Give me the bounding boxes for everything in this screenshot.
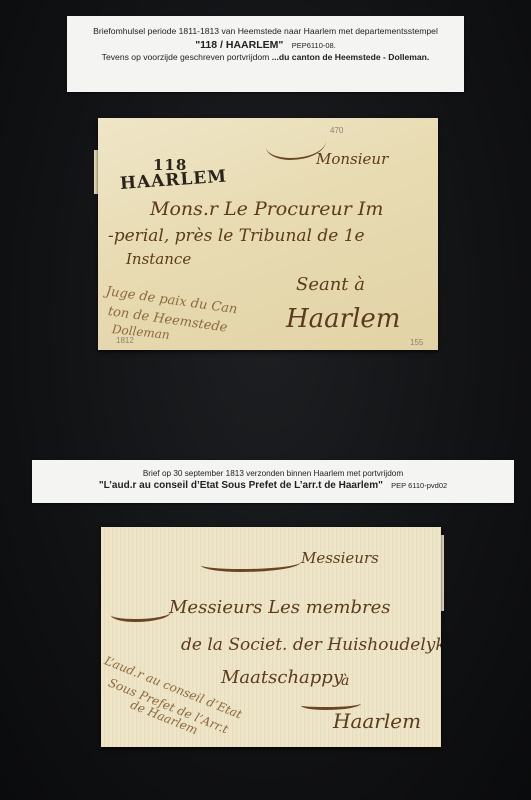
envelope-2: Messieurs Messieurs Les membres de la So… (101, 527, 441, 747)
address-line-3: -perial, près le Tribunal de 1e (108, 226, 365, 246)
caption-1-line-3-bold: ...du canton de Heemstede - Dolleman. (272, 52, 430, 62)
postmark-city: HAARLEM (119, 169, 227, 193)
pencil-note-bottom-right: 155 (410, 338, 423, 347)
address-city: Haarlem (286, 304, 400, 334)
caption-2-line-1: Brief op 30 september 1813 verzonden bin… (32, 468, 514, 479)
caption-1-line-1: Briefomhulsel periode 1811-1813 van Heem… (67, 26, 464, 38)
album-page: Briefomhulsel periode 1811-1813 van Heem… (0, 0, 531, 800)
flourish-decoration (201, 555, 301, 572)
address-line-2: Messieurs Les membres (169, 597, 391, 618)
envelope-1: 470 118 HAARLEM Monsieur Mons.r Le Procu… (98, 118, 438, 350)
pencil-note-top: 470 (330, 126, 343, 135)
caption-label-2: Brief op 30 september 1813 verzonden bin… (32, 460, 514, 503)
address-line-4: Maatschappy (221, 667, 343, 688)
address-city: Haarlem (333, 709, 421, 733)
caption-1-line-2: "118 / HAARLEM" PEP6110-08. (67, 38, 464, 52)
caption-1-line-3-normal: Tevens op voorzijde geschreven portvrijd… (102, 52, 272, 62)
address-line-2: Mons.r Le Procureur Im (150, 198, 383, 220)
caption-1-line-3: Tevens op voorzijde geschreven portvrijd… (67, 52, 464, 64)
caption-2-franchise-text: "L’aud.r au conseil d’Etat Sous Prefet d… (99, 480, 383, 491)
flourish-decoration (111, 605, 171, 622)
address-line-5: Seant à (296, 274, 365, 295)
address-line-5: à (341, 673, 349, 689)
caption-2-ref: PEP 6110-pvd02 (391, 481, 447, 490)
caption-label-1: Briefomhulsel periode 1811-1813 van Heem… (67, 16, 464, 92)
pencil-note-bottom-left: 1812 (116, 336, 134, 345)
address-line-3: de la Societ. der Huishoudelyke (181, 635, 441, 655)
address-line-1: Messieurs (301, 549, 379, 567)
caption-2-line-2: "L’aud.r au conseil d’Etat Sous Prefet d… (32, 479, 514, 493)
address-line-4: Instance (126, 250, 191, 268)
address-line-1: Monsieur (316, 150, 388, 168)
caption-1-ref: PEP6110-08. (292, 41, 336, 50)
caption-1-stamp-text: "118 / HAARLEM" (195, 39, 283, 51)
